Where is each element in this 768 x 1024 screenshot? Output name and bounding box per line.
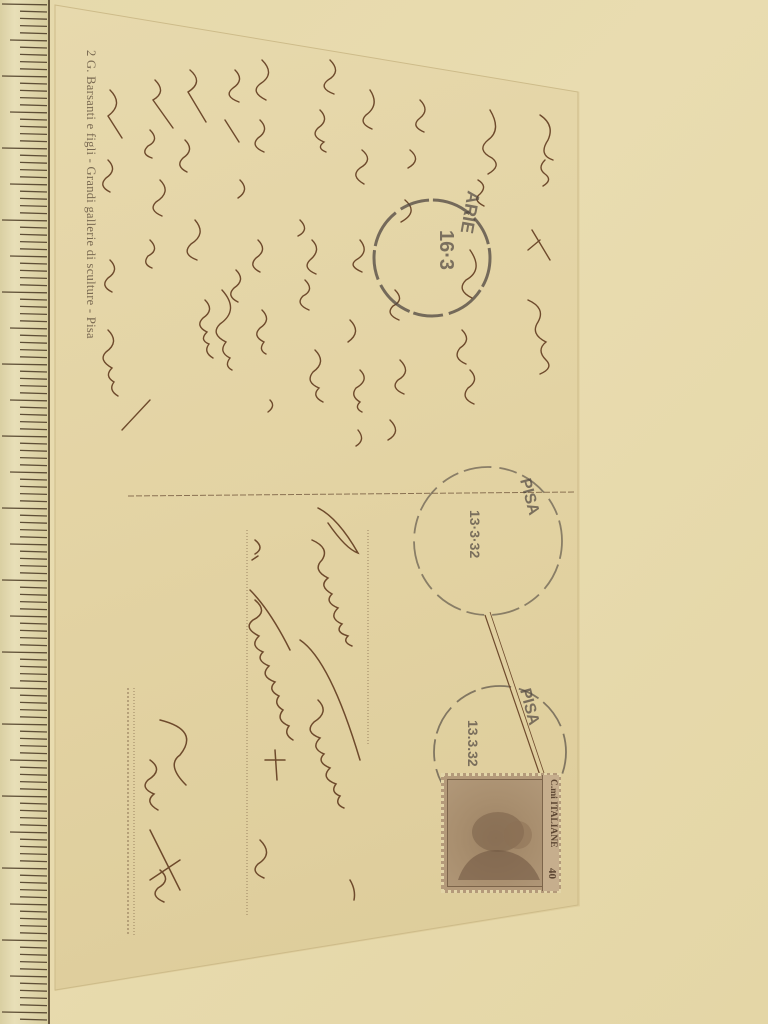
ruler-ticks — [0, 0, 50, 1024]
printed-credit: 2 G. Barsanti e figli - Grandi gallerie … — [83, 50, 98, 339]
ruler — [0, 0, 50, 1024]
stamp-text: C.mi ITALIANE — [548, 779, 558, 847]
postage-stamp: C.mi ITALIANE 40 — [441, 773, 561, 893]
stamp-portrait — [447, 779, 555, 887]
king-portrait-icon — [448, 780, 554, 886]
stamp-value: 40 — [546, 868, 558, 879]
